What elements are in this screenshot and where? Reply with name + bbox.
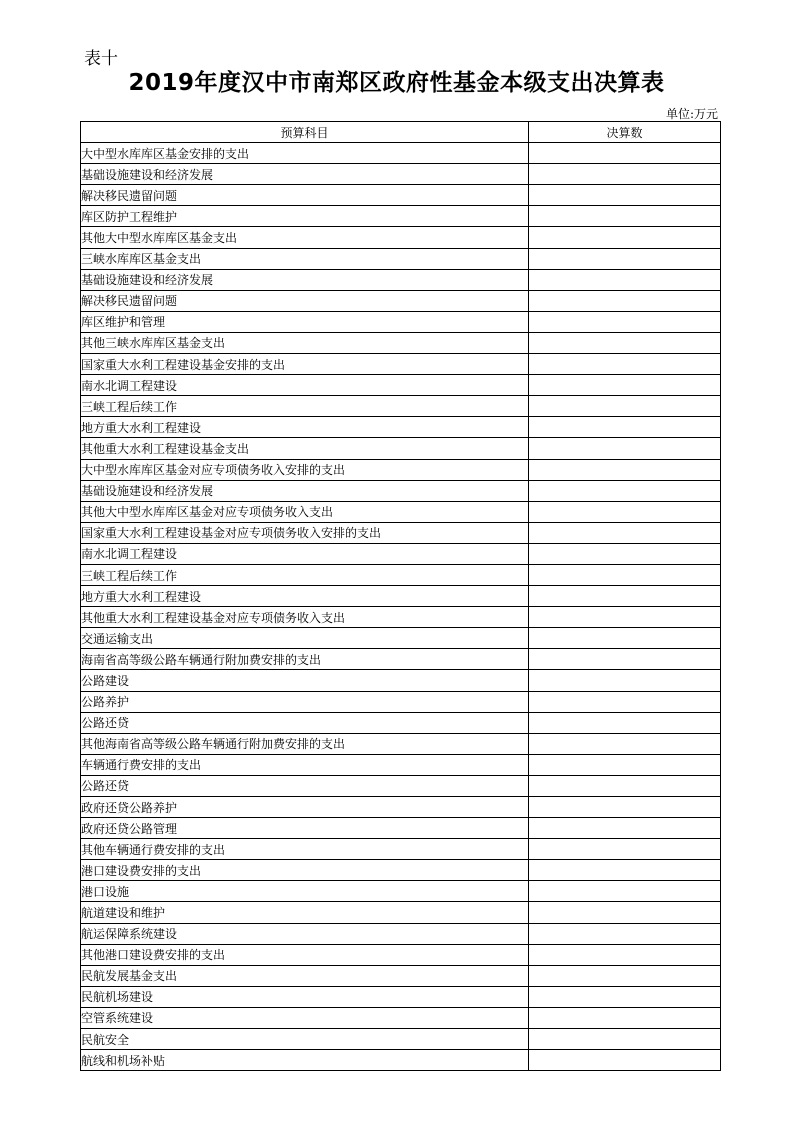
final-amount-cell — [529, 396, 721, 417]
budget-item-name: 三峡水库库区基金支出 — [81, 248, 529, 269]
budget-item-name: 其他港口建设费安排的支出 — [81, 944, 529, 965]
table-row: 政府还贷公路养护 — [81, 797, 721, 818]
final-amount-cell — [529, 164, 721, 185]
budget-item-name: 基础设施建设和经济发展 — [81, 269, 529, 290]
final-amount-cell — [529, 248, 721, 269]
table-row: 港口设施 — [81, 881, 721, 902]
table-row: 解决移民遗留问题 — [81, 185, 721, 206]
budget-item-name: 国家重大水利工程建设基金安排的支出 — [81, 354, 529, 375]
table-row: 车辆通行费安排的支出 — [81, 754, 721, 775]
table-row: 公路养护 — [81, 691, 721, 712]
table-row: 解决移民遗留问题 — [81, 290, 721, 311]
budget-item-name: 港口设施 — [81, 881, 529, 902]
final-amount-cell — [529, 902, 721, 923]
final-amount-cell — [529, 522, 721, 543]
budget-item-name: 基础设施建设和经济发展 — [81, 480, 529, 501]
table-row: 南水北调工程建设 — [81, 543, 721, 564]
budget-item-name: 空管系统建设 — [81, 1007, 529, 1028]
table-row: 航道建设和维护 — [81, 902, 721, 923]
budget-item-name: 航道建设和维护 — [81, 902, 529, 923]
budget-item-name: 南水北调工程建设 — [81, 375, 529, 396]
final-amount-cell — [529, 797, 721, 818]
budget-item-name: 民航发展基金支出 — [81, 965, 529, 986]
final-amount-cell — [529, 1029, 721, 1050]
budget-item-name: 海南省高等级公路车辆通行附加费安排的支出 — [81, 649, 529, 670]
final-amount-cell — [529, 227, 721, 248]
final-amount-cell — [529, 185, 721, 206]
budget-item-name: 民航安全 — [81, 1029, 529, 1050]
table-row: 公路还贷 — [81, 712, 721, 733]
budget-item-name: 其他车辆通行费安排的支出 — [81, 839, 529, 860]
final-amount-cell — [529, 438, 721, 459]
table-row: 其他海南省高等级公路车辆通行附加费安排的支出 — [81, 733, 721, 754]
budget-table: 预算科目 决算数 大中型水库库区基金安排的支出基础设施建设和经济发展解决移民遗留… — [80, 121, 721, 1071]
table-row: 民航发展基金支出 — [81, 965, 721, 986]
budget-item-name: 基础设施建设和经济发展 — [81, 164, 529, 185]
budget-item-name: 其他大中型水库库区基金对应专项债务收入支出 — [81, 501, 529, 522]
budget-item-name: 航线和机场补贴 — [81, 1050, 529, 1071]
final-amount-cell — [529, 775, 721, 796]
final-amount-cell — [529, 944, 721, 965]
table-row: 其他大中型水库库区基金对应专项债务收入支出 — [81, 501, 721, 522]
budget-item-name: 解决移民遗留问题 — [81, 185, 529, 206]
column-header-budget-item: 预算科目 — [81, 122, 529, 143]
budget-item-name: 交通运输支出 — [81, 628, 529, 649]
table-row: 基础设施建设和经济发展 — [81, 164, 721, 185]
budget-item-name: 政府还贷公路养护 — [81, 797, 529, 818]
final-amount-cell — [529, 733, 721, 754]
budget-item-name: 民航机场建设 — [81, 986, 529, 1007]
table-row: 公路还贷 — [81, 775, 721, 796]
budget-item-name: 车辆通行费安排的支出 — [81, 754, 529, 775]
table-row: 其他港口建设费安排的支出 — [81, 944, 721, 965]
table-row: 库区防护工程维护 — [81, 206, 721, 227]
final-amount-cell — [529, 607, 721, 628]
table-row: 国家重大水利工程建设基金对应专项债务收入安排的支出 — [81, 522, 721, 543]
budget-item-name: 南水北调工程建设 — [81, 543, 529, 564]
budget-item-name: 国家重大水利工程建设基金对应专项债务收入安排的支出 — [81, 522, 529, 543]
final-amount-cell — [529, 543, 721, 564]
final-amount-cell — [529, 290, 721, 311]
budget-item-name: 地方重大水利工程建设 — [81, 586, 529, 607]
table-row: 大中型水库库区基金对应专项债务收入安排的支出 — [81, 459, 721, 480]
table-row: 其他三峡水库库区基金支出 — [81, 332, 721, 353]
final-amount-cell — [529, 332, 721, 353]
page-title: 2019年度汉中市南郑区政府性基金本级支出决算表 — [0, 64, 793, 97]
table-row: 其他重大水利工程建设基金支出 — [81, 438, 721, 459]
table-row: 基础设施建设和经济发展 — [81, 480, 721, 501]
budget-item-name: 政府还贷公路管理 — [81, 818, 529, 839]
final-amount-cell — [529, 459, 721, 480]
final-amount-cell — [529, 417, 721, 438]
budget-item-name: 三峡工程后续工作 — [81, 564, 529, 585]
table-row: 三峡工程后续工作 — [81, 396, 721, 417]
final-amount-cell — [529, 206, 721, 227]
final-amount-cell — [529, 965, 721, 986]
final-amount-cell — [529, 311, 721, 332]
final-amount-cell — [529, 269, 721, 290]
final-amount-cell — [529, 923, 721, 944]
table-row: 海南省高等级公路车辆通行附加费安排的支出 — [81, 649, 721, 670]
table-row: 民航安全 — [81, 1029, 721, 1050]
table-row: 航运保障系统建设 — [81, 923, 721, 944]
budget-item-name: 港口建设费安排的支出 — [81, 860, 529, 881]
budget-item-name: 公路建设 — [81, 670, 529, 691]
final-amount-cell — [529, 1050, 721, 1071]
final-amount-cell — [529, 986, 721, 1007]
final-amount-cell — [529, 1007, 721, 1028]
final-amount-cell — [529, 501, 721, 522]
table-header-row: 预算科目 决算数 — [81, 122, 721, 143]
budget-item-name: 其他重大水利工程建设基金对应专项债务收入支出 — [81, 607, 529, 628]
final-amount-cell — [529, 480, 721, 501]
final-amount-cell — [529, 375, 721, 396]
budget-item-name: 其他三峡水库库区基金支出 — [81, 332, 529, 353]
final-amount-cell — [529, 649, 721, 670]
table-row: 空管系统建设 — [81, 1007, 721, 1028]
final-amount-cell — [529, 691, 721, 712]
budget-item-name: 大中型水库库区基金对应专项债务收入安排的支出 — [81, 459, 529, 480]
final-amount-cell — [529, 628, 721, 649]
table-row: 大中型水库库区基金安排的支出 — [81, 143, 721, 164]
final-amount-cell — [529, 860, 721, 881]
budget-item-name: 三峡工程后续工作 — [81, 396, 529, 417]
budget-item-name: 库区防护工程维护 — [81, 206, 529, 227]
budget-item-name: 航运保障系统建设 — [81, 923, 529, 944]
table-row: 其他重大水利工程建设基金对应专项债务收入支出 — [81, 607, 721, 628]
table-body: 大中型水库库区基金安排的支出基础设施建设和经济发展解决移民遗留问题库区防护工程维… — [81, 143, 721, 1071]
budget-item-name: 库区维护和管理 — [81, 311, 529, 332]
budget-item-name: 公路还贷 — [81, 775, 529, 796]
table-row: 政府还贷公路管理 — [81, 818, 721, 839]
budget-item-name: 其他海南省高等级公路车辆通行附加费安排的支出 — [81, 733, 529, 754]
unit-label: 单位:万元 — [666, 105, 718, 122]
final-amount-cell — [529, 564, 721, 585]
budget-item-name: 大中型水库库区基金安排的支出 — [81, 143, 529, 164]
column-header-final-amount: 决算数 — [529, 122, 721, 143]
final-amount-cell — [529, 818, 721, 839]
final-amount-cell — [529, 839, 721, 860]
table-row: 地方重大水利工程建设 — [81, 417, 721, 438]
table-row: 交通运输支出 — [81, 628, 721, 649]
final-amount-cell — [529, 754, 721, 775]
table-row: 航线和机场补贴 — [81, 1050, 721, 1071]
final-amount-cell — [529, 354, 721, 375]
table-row: 其他车辆通行费安排的支出 — [81, 839, 721, 860]
final-amount-cell — [529, 670, 721, 691]
table-row: 其他大中型水库库区基金支出 — [81, 227, 721, 248]
table-row: 民航机场建设 — [81, 986, 721, 1007]
table-row: 三峡工程后续工作 — [81, 564, 721, 585]
table-row: 库区维护和管理 — [81, 311, 721, 332]
final-amount-cell — [529, 712, 721, 733]
budget-item-name: 解决移民遗留问题 — [81, 290, 529, 311]
final-amount-cell — [529, 881, 721, 902]
budget-item-name: 其他大中型水库库区基金支出 — [81, 227, 529, 248]
table-row: 港口建设费安排的支出 — [81, 860, 721, 881]
final-amount-cell — [529, 143, 721, 164]
budget-item-name: 公路还贷 — [81, 712, 529, 733]
final-amount-cell — [529, 586, 721, 607]
table-row: 国家重大水利工程建设基金安排的支出 — [81, 354, 721, 375]
budget-item-name: 其他重大水利工程建设基金支出 — [81, 438, 529, 459]
table-row: 公路建设 — [81, 670, 721, 691]
table-row: 地方重大水利工程建设 — [81, 586, 721, 607]
table-row: 三峡水库库区基金支出 — [81, 248, 721, 269]
table-row: 基础设施建设和经济发展 — [81, 269, 721, 290]
budget-item-name: 地方重大水利工程建设 — [81, 417, 529, 438]
budget-item-name: 公路养护 — [81, 691, 529, 712]
table-row: 南水北调工程建设 — [81, 375, 721, 396]
